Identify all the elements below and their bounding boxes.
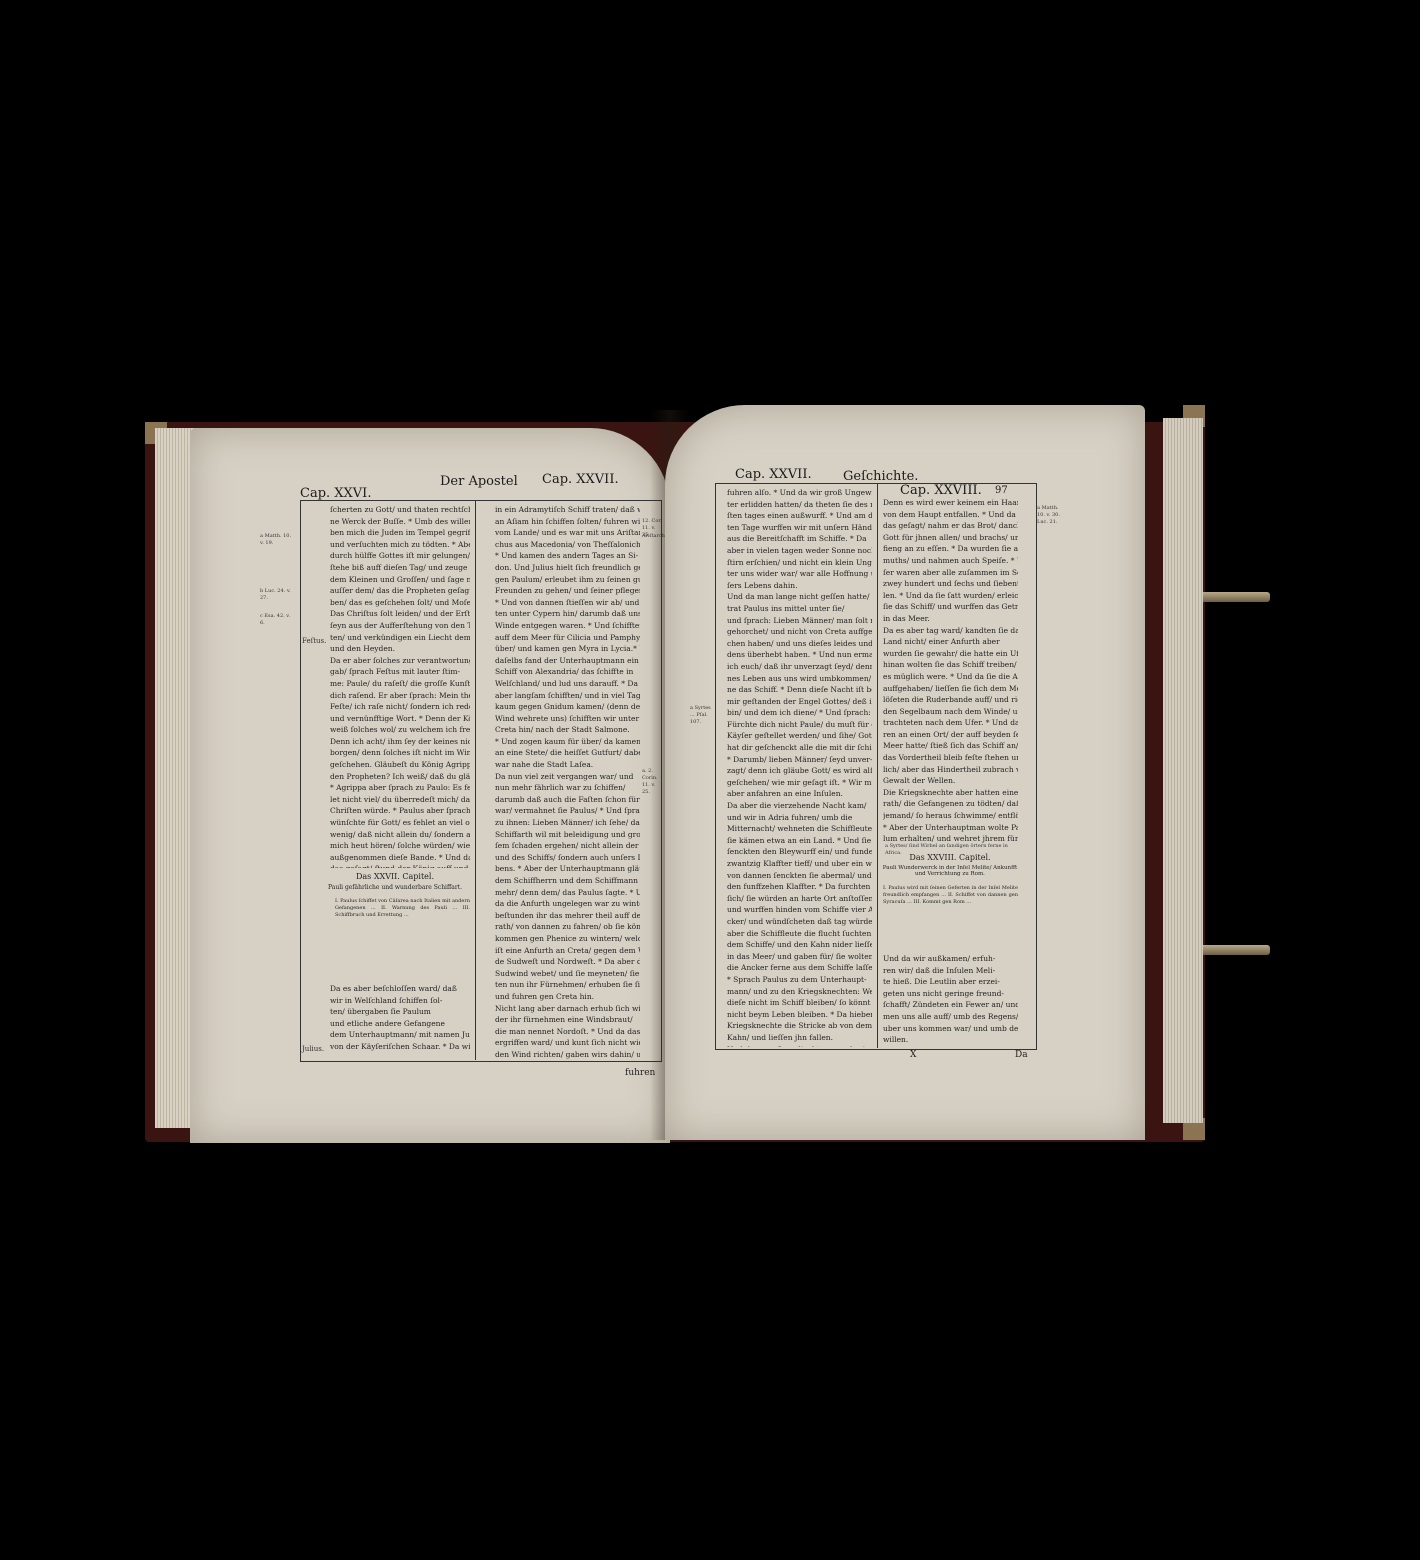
text-line: ſie kämen etwa an ein Land. * Und ſie [727,835,872,847]
running-head-center: Der Apostel [440,474,518,489]
text-line: dens überhebt haben. * Und nun ermahne [727,649,872,661]
running-head-left: Cap. XXVI. [300,486,371,501]
right-column-2-tail: Und da wir außkamen/ erfuh-ren wir/ daß … [883,953,1018,1048]
text-line: ter erlidden hatten/ da theten ſie des n… [727,499,872,511]
margin-label: Feſtus. [302,638,326,645]
text-line: cker/ und wündſcheten daß tag würde. * D… [727,916,872,928]
text-line: len. * Und da ſie ſatt wurden/ erleichte… [883,590,1018,602]
text-line: in ein Adramytiſch Schiff traten/ daß wi… [495,504,640,516]
text-line: an Aſiam hin ſchiffen ſolten/ fuhren wir [495,516,640,528]
chapter-summary: I. Paulus wird mit ſeinen Geferten in de… [883,885,1018,955]
text-line: ſenckten den Bleywurff ein/ und funden [727,846,872,858]
outer-margin-note: a Matth. 10. v. 19. [260,533,296,547]
text-line: auff dem Meer für Cilicia und Pamphylia [495,632,640,644]
text-line: und wir in Adria fuhren/ umb die [727,812,872,824]
running-head-right: Cap. XXVII. [542,472,619,487]
margin-label: Julius. [302,1046,324,1053]
text-line: da die Anfurth ungelegen war zu wintern/ [495,898,640,910]
text-line: men uns alle auff/ umb des Regens/ der [883,1011,1018,1023]
text-line: den Wind richten/ gaben wirs dahin/ und [495,1049,640,1059]
column-divider [877,483,878,1048]
text-line: über/ und kamen gen Myra in Lycia.* Und [495,643,640,655]
text-line: von der Käyſeriſchen Schaar. * Da wir ab… [330,1041,470,1053]
text-line: gab/ ſprach Feſtus mit lauter ſtim- [330,666,470,678]
text-line: Da es aber beſchloſſen ward/ daß [330,983,470,995]
text-line: den Segelbaum nach dem Winde/ und [883,706,1018,718]
text-line: aus die Bereitſchafft im Schiffe. * Da [727,533,872,545]
text-line: trachteten nach dem Ufer. * Und da wir f… [883,717,1018,729]
text-line: aber die Schiffleute die flucht ſuchten … [727,928,872,940]
text-line: mich heut hören/ ſolche würden/ wie ich … [330,840,470,852]
text-line: auffgehaben/ lieſſen ſie ſich dem Meer/ … [883,683,1018,695]
text-line: Feſte/ ich raſe nicht/ ſondern ich rede … [330,701,470,713]
text-line: hat dir geſchenckt alle die mit dir ſchi… [727,742,872,754]
text-line: ne das Schiff. * Denn dieſe Nacht iſt be… [727,684,872,696]
text-line: Winde entgegen waren. * Und ſchifften [495,620,640,632]
text-line: dem Unterhauptmann/ mit namen Julio/ [330,1029,470,1041]
text-line: der ihr fürnehmen eine Windsbraut/ [495,1014,640,1026]
text-line: und verſuchten mich zu tödten. * Aber [330,539,470,551]
text-line: den Propheten? Ich weiß/ daß du gläubeſt… [330,771,470,783]
text-line: dieſe nicht im Schiff bleiben/ ſo könnt … [727,997,872,1009]
right-column-2: Denn es wird ewer keinem ein Haarvon dem… [883,497,1018,847]
text-line: ren an einen Ort/ der auff beyden ſeiten [883,729,1018,741]
text-line: fuhren alſo. * Und da wir groß Ungewit- [727,487,872,499]
text-line: dem Schiffherrn und dem Schiffmann [495,875,640,887]
text-line: das geſagt/ ſtund der König auff und der [330,863,470,868]
page-edges-left [155,428,195,1128]
text-line: gen Paulum/ erleubet ihm zu ſeinen guten [495,574,640,586]
text-line: ben/ das es geſchehen ſolt/ und Moſes/ [330,597,470,609]
text-line: nicht beym Leben bleiben. * Da hieben di… [727,1009,872,1021]
text-line: rath/ von dannen zu fahren/ ob ſie könte… [495,921,640,933]
text-line: mir geſtanden der Engel Gottes/ deß ich [727,696,872,708]
text-line: ſtirn erſchien/ und nicht ein klein Unge… [727,557,872,569]
text-line: aber anfahren an eine Inſulen. [727,788,872,800]
text-line: me: Paule/ du raſeſt/ die groſſe Kunſt m… [330,678,470,690]
text-line: dem Schiffe/ und den Kahn nider lieſſen [727,939,872,951]
text-line: kaum gegen Gnidum kamen/ (denn der [495,701,640,713]
text-line: auſſer dem/ das die Propheten geſagt ha- [330,585,470,597]
text-line: Sudwind webet/ und ſie meyneten/ ſie hät… [495,968,640,980]
text-line: die man nennet Nordoſt. * Und da das Sch… [495,1026,640,1038]
text-line: gehorchet/ und nicht von Creta auffgebro… [727,626,872,638]
text-line: ne Werck der Buſſe. * Umb des willen ha- [330,516,470,528]
text-line: wurden ſie gewahr/ die hatte ein Ufer/ d… [883,648,1018,660]
right-page: Cap. XXVII. Geſchichte. Cap. XXVIII. 97 … [665,405,1145,1140]
text-line: ten unter Cypern hin/ darumb daß uns die [495,608,640,620]
text-line: Mitternacht/ wehneten die Schiffleute/ [727,823,872,835]
text-line: Gewalt der Wellen. [883,775,1018,787]
clasp-bottom [1200,945,1270,955]
page-edges-right [1163,418,1203,1123]
text-line: in das Meer. [883,613,1018,625]
text-line: Land nicht/ einer Anfurth aber [883,636,1018,648]
text-line: Freunden zu gehen/ und ſeiner pflegen. [495,585,640,597]
text-line: ben mich die Juden im Tempel gegriffen/ [330,527,470,539]
text-line: Nicht lang aber darnach erhub ſich wi- [495,1003,640,1015]
chapter-heading: Das XXVII. Capitel. [320,872,470,881]
text-line: rath/ die Gefangenen zu tödten/ daß nich… [883,798,1018,810]
text-line: und wurffen hinden vom Schiffe vier An- [727,904,872,916]
text-line: wünſchte für Gott/ es fehlet an viel ode… [330,817,470,829]
text-line: und des Schiffs/ ſondern auch unſers Le- [495,852,640,864]
text-line: willen. [883,1034,1018,1046]
text-line: uber uns kommen war/ und umb der Kälte [883,1023,1018,1035]
text-line: beſtunden ihr das mehrer theil auff dem [495,910,640,922]
text-line: das Vordertheil bleib feſte ſtehen unbew… [883,752,1018,764]
text-line: Schiff von Alexandria/ das ſchiffte in [495,666,640,678]
text-line: iſt eine Anfurth an Creta/ gegen dem Win… [495,945,640,957]
text-line: außgenommen dieſe Bande. * Und da er [330,852,470,864]
text-line: de Sudweſt und Nordweſt. * Da aber der [495,956,640,968]
running-head-left: Cap. XXVII. [735,467,812,482]
text-line: geſchehen/ wie mir geſagt iſt. * Wir müſ… [727,777,872,789]
text-line: zwantzig Klaffter tieff/ und uber ein we… [727,858,872,870]
text-line: in das Meer/ und gaben für/ ſie wolten [727,951,872,963]
text-line: * Und von dannen ſtieſſen wir ab/ und ſc… [495,597,640,609]
text-line: te hieß. Die Leutlin aber erzei- [883,976,1018,988]
text-line: mehr/ denn dem/ das Paulus ſagte. * Und [495,887,640,899]
text-line: Und da wir außkamen/ erfuh- [883,953,1018,965]
outer-margin-note: c Esa. 42. v. 6. [260,613,296,627]
text-line: Fürchte dich nicht Paule/ du muſt für de… [727,719,872,731]
outer-margin-note: b Luc. 24. v. 27. [260,588,296,602]
text-line: darumb daß auch die Faſten ſchon fürüber [495,794,640,806]
running-head-center: Geſchichte. [843,469,918,484]
text-line: Schiffarth wil mit beleidigung und groſ- [495,829,640,841]
text-line: zu ihnen: Lieben Männer/ ich ſehe/ daß d… [495,817,640,829]
text-line: das geſagt/ nahm er das Brot/ dancket [883,520,1018,532]
text-line: Und da man lange nicht geſſen hatte/ [727,591,872,603]
text-line: zwey hundert und ſechs und ſiebentzig Se… [883,578,1018,590]
text-line: Käyſer geſtellet werden/ und ſihe/ Gott [727,730,872,742]
text-line: und vernünfftige Wort. * Denn der König [330,713,470,725]
text-line: Die Kriegsknechte aber hatten einen [883,787,1018,799]
text-line: war nahe die Stadt Laſea. [495,759,640,771]
text-line: jemand/ ſo heraus ſchwimme/ entflöhe. [883,810,1018,822]
text-line: * Darumb/ lieben Männer/ ſeyd unver- [727,754,872,766]
text-line: ten nun ihr Fürnehmen/ erhuben ſie ſich/ [495,979,640,991]
text-line: Meer hatte/ ſtieß ſich das Schiff an/ un… [883,740,1018,752]
text-line: nes Leben aus uns wird umbkommen/ oh- [727,673,872,685]
column-divider [475,500,476,1060]
text-line: Chriſten würde. * Paulus aber ſprach: Ic… [330,805,470,817]
left-page: Cap. XXVI. Der Apostel Cap. XXVII. ſcher… [190,428,670,1143]
text-line: und ſprach: Lieben Männer/ man ſolt mir [727,615,872,627]
text-line: let nicht viel/ du überredeſt mich/ daß … [330,794,470,806]
text-line: ſer waren aber alle zuſammen im Schiff/ [883,567,1018,579]
text-line: Welſchland/ und lud uns darauff. * Da wi… [495,678,640,690]
text-line: chus aus Macedonia/ von Theſſalonich. [495,539,640,551]
text-line: trat Paulus ins mittel unter ſie/ [727,603,872,615]
text-line: ren wir/ daß die Inſulen Meli- [883,965,1018,977]
text-line: Denn ich acht/ ihm ſey der keines nicht … [330,736,470,748]
text-line: geten uns nicht geringe freund- [883,988,1018,1000]
text-line: Das Chriſtus ſolt leiden/ und der Erſte [330,608,470,620]
text-line: fieng an zu eſſen. * Da wurden ſie alle … [883,543,1018,555]
text-line: zagt/ denn ich gläube Gott/ es wird alſo [727,765,872,777]
text-line: aber langſam ſchifften/ und in viel Tage… [495,690,640,702]
chapter-summary: I. Paulus ſchiffet von Cäſarea nach Ital… [335,898,470,968]
inner-margin-note: a Syrtes ... Pſal. 107. [690,705,715,726]
text-line: und den Heyden. [330,643,470,655]
text-line: an eine Stete/ die heiſſet Gutfurt/ dabe… [495,747,640,759]
text-line: Kriegsknechte die Stricke ab von dem [727,1020,872,1032]
text-line: ter uns wider war/ war alle Hoffnung un- [727,568,872,580]
text-line: ſchafft/ Zündeten ein Fewer an/ und näh- [883,999,1018,1011]
text-line: Wind wehrete uns) ſchifften wir unter [495,713,640,725]
text-line: Creta hin/ nach der Stadt Salmone. [495,724,640,736]
text-line: bin/ und dem ich diene/ * Und ſprach: [727,707,872,719]
text-line: ſcherten zu Gott/ und thaten rechtſchaff… [330,504,470,516]
text-line: aber in vielen tagen weder Sonne noch Ge… [727,545,872,557]
text-line: ſers Lebens dahin. [727,580,872,592]
text-line: es müglich were. * Und da ſie die Ancker [883,671,1018,683]
open-bible: Cap. XXVI. Der Apostel Cap. XXVII. ſcher… [145,400,1215,1140]
signature-mark: X [910,1050,916,1060]
text-line: ſtehe biß auff dieſen Tag/ und zeuge bey… [330,562,470,574]
text-line: mann/ und zu den Kriegsknechten: Wenn [727,986,872,998]
text-line: * Agrippa aber ſprach zu Paulo: Es feh- [330,782,470,794]
text-line: ich euch/ daß ihr unverzagt ſeyd/ denn k… [727,661,872,673]
text-line: weiß ſolches wol/ zu welchem ich freydig… [330,724,470,736]
left-column-1-tail: Da es aber beſchloſſen ward/ daßwir in W… [330,983,470,1058]
text-line: Da aber die vierzehende Nacht kam/ [727,800,872,812]
left-column-2: in ein Adramytiſch Schiff traten/ daß wi… [495,504,640,1059]
text-line: löſeten die Ruderbande auff/ und richtet… [883,694,1018,706]
text-line: borgen/ denn ſolches iſt nicht im Wincke… [330,747,470,759]
outer-margin-note: a Matth. 10. v. 30. Luc. 21. [1037,505,1065,526]
text-line: von dem Haupt entfallen. * Und da er [883,509,1018,521]
text-line: durch hülffe Gottes iſt mir gelungen/ un… [330,550,470,562]
text-line: Da nun viel zeit vergangen war/ und [495,771,640,783]
text-line: kommen gen Phenice zu wintern/ welches [495,933,640,945]
text-line: ſeyn aus der Aufferſtehung von den Tod- [330,620,470,632]
text-line: dem Kleinen und Groſſen/ und ſage nichts [330,574,470,586]
text-line: muths/ und nahmen auch Speiſe. * Un- [883,555,1018,567]
text-line: * Aber der Unterhauptman wolte Pau- [883,822,1018,834]
text-line: ten/ und verkündigen ein Liecht dem Volc… [330,632,470,644]
text-line: chen haben/ und uns dieſes leides und ſc… [727,638,872,650]
chapter-heading: Das XXVIII. Capitel. [880,853,1020,862]
text-line: wir in Welſchland ſchiffen ſol- [330,995,470,1007]
text-line: Und da es anfieng liecht zu werden/ [727,1044,872,1048]
text-line: ſten tages einen außwurff. * Und am drit… [727,510,872,522]
text-line: ten/ übergaben ſie Paulum [330,1006,470,1018]
text-line: ſem ſchaden ergehen/ nicht allein der La… [495,840,640,852]
text-line: lich/ aber das Hindertheil zubrach von d… [883,764,1018,776]
text-line: wenig/ daß nicht allein du/ ſondern alle… [330,829,470,841]
text-line: Kahn/ und lieſſen jhn fallen. [727,1032,872,1044]
text-line: Da er aber ſolches zur verantwortung [330,655,470,667]
text-line: hinan wolten ſie das Schiff treiben/ wo [883,659,1018,671]
text-line: vom Lande/ und es war mit uns Ariſtar- [495,527,640,539]
text-line: bens. * Aber der Unterhauptmann gläubet [495,863,640,875]
text-line: ten Tage wurffen wir mit unſern Händen [727,522,872,534]
text-line: * Sprach Paulus zu dem Unterhaupt- [727,974,872,986]
text-line: ſich/ ſie würden an harte Ort anſtoſſen/ [727,893,872,905]
text-line: und fuhren gen Creta hin. [495,991,640,1003]
text-line: nun mehr fährlich war zu ſchiffen/ [495,782,640,794]
chapter-subheading: Pauli Wunderwerck in der Inſel Melite/ A… [880,865,1020,877]
text-line: Denn es wird ewer keinem ein Haar [883,497,1018,509]
text-line: war/ vermahnet ſie Paulus/ * Und ſprach [495,805,640,817]
text-line: don. Und Julius hielt ſich freundlich ge… [495,562,640,574]
clasp-top [1200,592,1270,602]
text-line: und etliche andere Gefangene [330,1018,470,1030]
text-line: ergriffen ward/ und kunt ſich nicht wide… [495,1037,640,1049]
text-line: geſchehen. Gläubeſt du König Agrippa/ [330,759,470,771]
text-line: den funffzehen Klaffter. * Da furchten ſ… [727,881,872,893]
chapter-subheading: Pauli gefährliche und wunderbare Schiffa… [320,884,470,891]
text-line: dich raſend. Er aber ſprach: Mein theure… [330,690,470,702]
left-column-1: ſcherten zu Gott/ und thaten rechtſchaff… [330,504,470,868]
text-line: von dannen ſenckten ſie abermal/ und fun… [727,870,872,882]
text-line: * Und kamen des andern Tages an Si- [495,550,640,562]
catchword: Da [1015,1050,1028,1060]
text-line: Da es aber tag ward/ kandten ſie das [883,625,1018,637]
text-line: daſelbs fand der Unterhauptmann ein [495,655,640,667]
right-column-1: fuhren alſo. * Und da wir groß Ungewit-t… [727,487,872,1047]
text-line: Gott für jhnen allen/ und brachs/ und [883,532,1018,544]
text-line: ſie das Schiff/ und wurffen das Getreyde [883,601,1018,613]
text-line: die Ancker ferne aus dem Schiffe laſſen/ [727,962,872,974]
text-line: * Und zogen kaum für über/ da kamen wir [495,736,640,748]
